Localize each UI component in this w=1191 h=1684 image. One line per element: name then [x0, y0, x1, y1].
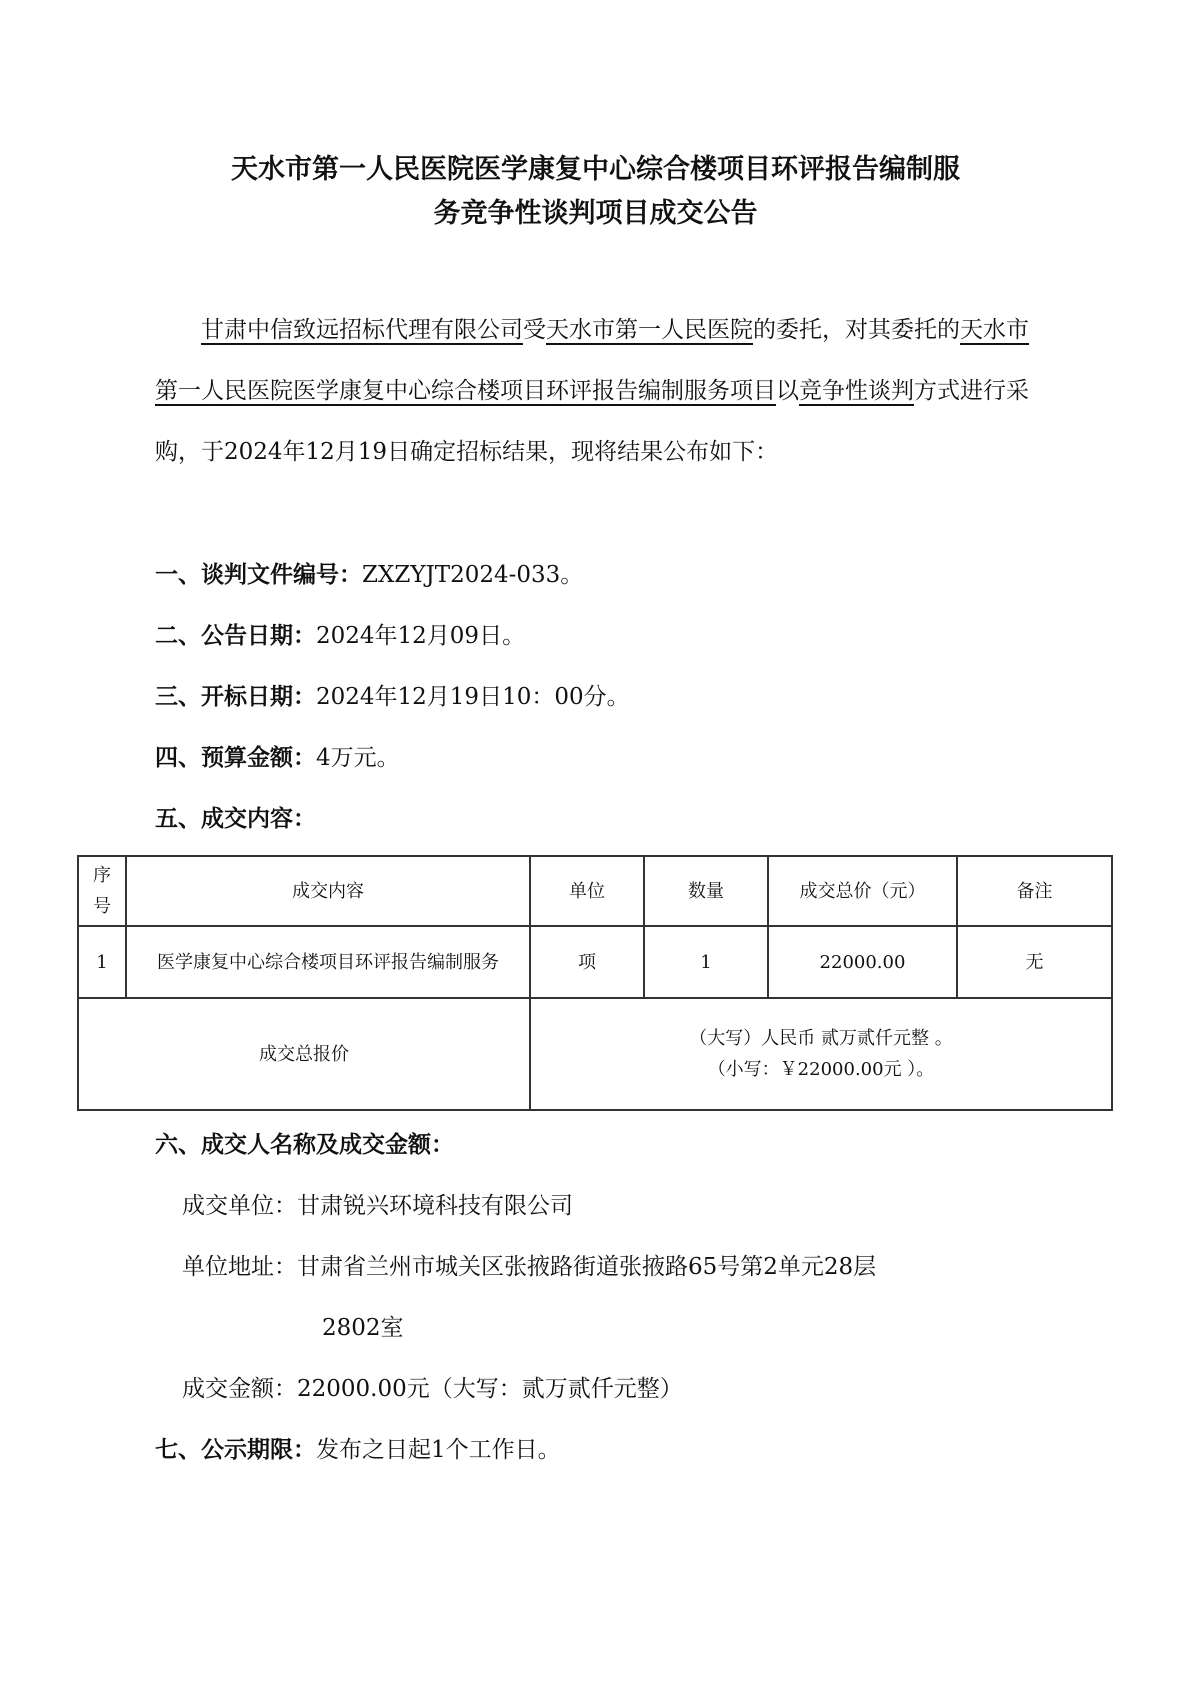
cell-note: 无	[957, 926, 1112, 998]
intro-text: 受	[523, 317, 546, 343]
winner-address: 单位地址：甘肃省兰州市城关区张掖路街道张掖路65号第2单元28层	[182, 1252, 876, 1282]
header-price: 成交总价（元）	[768, 856, 957, 926]
table-total-row: 成交总报价 （大写）人民币 贰万贰仟元整 。 （小写：￥22000.00元 ）。	[78, 998, 1112, 1110]
section-label: 一、谈判文件编号：	[155, 562, 362, 588]
total-upper: （大写）人民币 贰万贰仟元整 。	[537, 1023, 1105, 1054]
section-value: 4万元。	[316, 745, 400, 771]
header-unit: 单位	[530, 856, 644, 926]
field-label: 成交金额：	[182, 1376, 297, 1402]
cell-content: 医学康复中心综合楼项目环评报告编制服务	[126, 926, 530, 998]
table-row: 1 医学康复中心综合楼项目环评报告编制服务 项 1 22000.00 无	[78, 926, 1112, 998]
cell-qty: 1	[644, 926, 768, 998]
section-label: 五、成交内容：	[155, 806, 316, 832]
section-value: 发布之日起1个工作日。	[316, 1437, 561, 1463]
intro-paragraph: 甘肃中信致远招标代理有限公司受天水市第一人民医院的委托，对其委托的天水市第一人民…	[155, 300, 1045, 483]
cell-price: 22000.00	[768, 926, 957, 998]
section-label: 七、公示期限：	[155, 1437, 316, 1463]
agent-name: 甘肃中信致远招标代理有限公司	[201, 317, 523, 343]
cell-unit: 项	[530, 926, 644, 998]
section-file-number: 一、谈判文件编号：ZXZYJT2024-033。	[155, 560, 583, 590]
section-announce-date: 二、公告日期：2024年12月09日。	[155, 621, 525, 651]
procurement-method: 竞争性谈判	[799, 378, 914, 404]
title-line-2: 务竞争性谈判项目成交公告	[0, 192, 1191, 236]
total-value: （大写）人民币 贰万贰仟元整 。 （小写：￥22000.00元 ）。	[530, 998, 1112, 1110]
title-line-1: 天水市第一人民医院医学康复中心综合楼项目环评报告编制服	[0, 148, 1191, 192]
section-content-heading: 五、成交内容：	[155, 804, 316, 834]
winner-address-cont: 2802室	[322, 1313, 404, 1343]
section-publicity: 七、公示期限：发布之日起1个工作日。	[155, 1435, 561, 1465]
intro-text: 以	[776, 378, 799, 404]
page-title: 天水市第一人民医院医学康复中心综合楼项目环评报告编制服 务竞争性谈判项目成交公告	[0, 148, 1191, 236]
field-value: 甘肃省兰州市城关区张掖路街道张掖路65号第2单元28层	[297, 1254, 876, 1280]
field-value: 甘肃锐兴环境科技有限公司	[297, 1193, 573, 1219]
field-label: 单位地址：	[182, 1254, 297, 1280]
deal-table: 序号 成交内容 单位 数量 成交总价（元） 备注 1 医学康复中心综合楼项目环评…	[77, 855, 1113, 1111]
header-no: 序号	[78, 856, 126, 926]
section-value: ZXZYJT2024-033。	[362, 562, 583, 588]
section-label: 六、成交人名称及成交金额：	[155, 1132, 454, 1158]
cell-no: 1	[78, 926, 126, 998]
header-content: 成交内容	[126, 856, 530, 926]
total-lower: （小写：￥22000.00元 ）。	[537, 1054, 1105, 1085]
section-open-date: 三、开标日期：2024年12月19日10：00分。	[155, 682, 630, 712]
header-qty: 数量	[644, 856, 768, 926]
field-value: 22000.00元（大写：贰万贰仟元整）	[297, 1376, 683, 1402]
section-label: 三、开标日期：	[155, 684, 316, 710]
table-header-row: 序号 成交内容 单位 数量 成交总价（元） 备注	[78, 856, 1112, 926]
section-label: 二、公告日期：	[155, 623, 316, 649]
section-value: 2024年12月09日。	[316, 623, 525, 649]
field-label: 成交单位：	[182, 1193, 297, 1219]
client-name: 天水市第一人民医院	[546, 317, 753, 343]
section-label: 四、预算金额：	[155, 745, 316, 771]
winner-unit: 成交单位：甘肃锐兴环境科技有限公司	[182, 1191, 573, 1221]
winner-amount: 成交金额：22000.00元（大写：贰万贰仟元整）	[182, 1374, 683, 1404]
total-label: 成交总报价	[78, 998, 530, 1110]
section-winner-heading: 六、成交人名称及成交金额：	[155, 1130, 454, 1160]
section-value: 2024年12月19日10：00分。	[316, 684, 630, 710]
section-budget: 四、预算金额：4万元。	[155, 743, 400, 773]
intro-text: 的委托，对其委托的	[753, 317, 960, 343]
header-note: 备注	[957, 856, 1112, 926]
